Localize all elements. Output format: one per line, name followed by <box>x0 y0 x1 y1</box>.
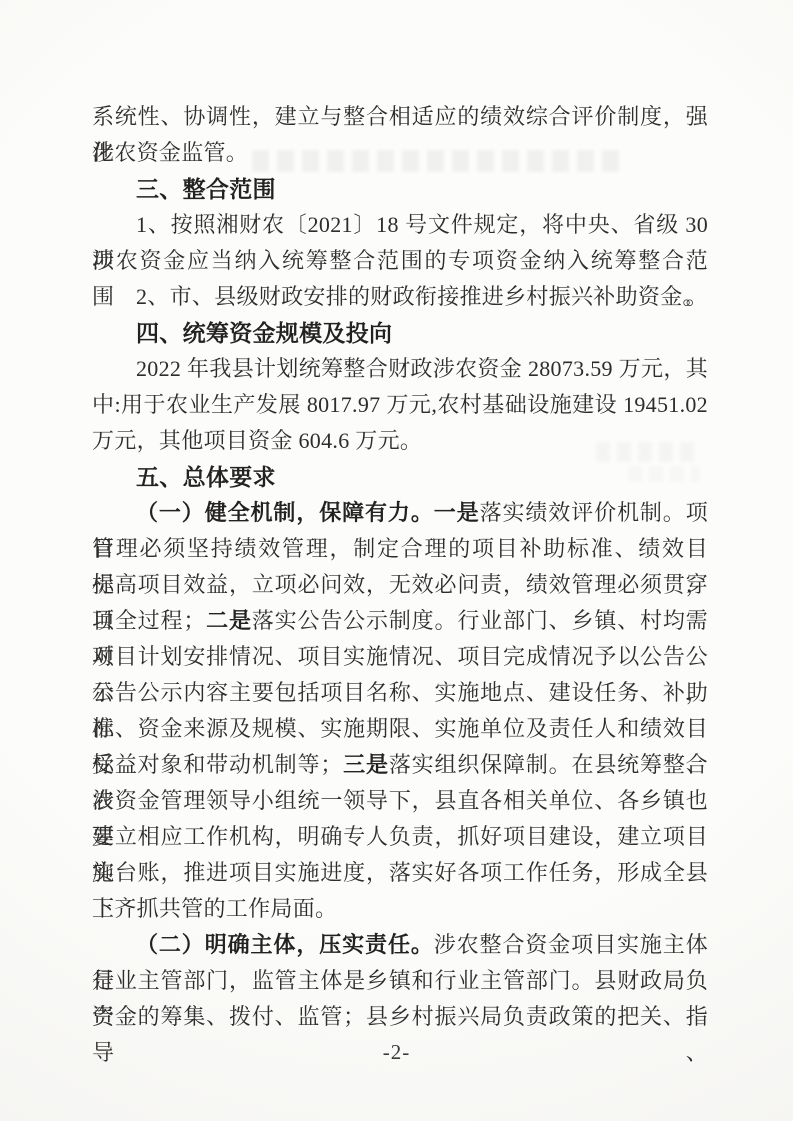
document-line: 系统性、协调性，建立与整合相适应的绩效综合评价制度，强化 <box>92 99 708 135</box>
body-text: 2022 年我县计划统筹整合财政涉农资金 28073.59 万元，其 <box>136 356 708 381</box>
scanned-document-page: 系统性、协调性，建立与整合相适应的绩效综合评价制度，强化涉农资金监管。三、整合范… <box>0 0 793 1121</box>
emphasized-text: 四、统筹资金规模及投向 <box>136 320 392 346</box>
emphasized-text: 五、总体要求 <box>136 464 276 490</box>
body-text: 下齐抓共管的工作局面。 <box>92 896 337 921</box>
emphasized-text: 二是 <box>206 608 252 633</box>
document-line: （一）健全机制，保障有力。一是落实绩效评价机制。项目 <box>92 495 708 531</box>
emphasized-text: 三是 <box>343 752 389 777</box>
page-number: -2- <box>0 1038 793 1066</box>
emphasized-text: （二）明确主体，压实责任。 <box>136 932 434 957</box>
body-text: 2、市、县级财政安排的财政衔接推进乡村振兴补助资金。 <box>136 284 705 309</box>
document-line: 1、按照湘财农〔2021〕18 号文件规定，将中央、省级 30 项 <box>92 207 708 243</box>
section-heading: 三、整合范围 <box>92 171 708 207</box>
body-text: 涉农资金监管。 <box>92 140 248 165</box>
body-text: 受益对象和带动机制等； <box>92 752 343 777</box>
document-line: 提高项目效益，立项必问效，无效必问责，绩效管理必须贯穿项 <box>92 567 708 603</box>
emphasized-text: 一是 <box>434 500 480 525</box>
document-line: 2、市、县级财政安排的财政衔接推进乡村振兴补助资金。 <box>92 279 708 315</box>
body-text: 目全过程； <box>92 608 206 633</box>
document-line: 受益对象和带动机制等；三是落实组织保障制。在县统筹整合涉 <box>92 747 708 783</box>
document-line: 施台账，推进项目实施进度，落实好各项工作任务，形成全县上 <box>92 855 708 891</box>
document-line: 2022 年我县计划统筹整合财政涉农资金 28073.59 万元，其 <box>92 351 708 387</box>
emphasized-text: 三、整合范围 <box>136 176 276 202</box>
document-line: 万元，其他项目资金 604.6 万元。 <box>92 423 708 459</box>
document-line: 涉农资金监管。 <box>92 135 708 171</box>
body-text: 中:用于农业生产发展 8017.97 万元,农村基础设施建设 19451.02 <box>92 392 708 417</box>
document-line: 下齐抓共管的工作局面。 <box>92 891 708 927</box>
section-heading: 五、总体要求 <box>92 459 708 495</box>
document-body: 系统性、协调性，建立与整合相适应的绩效综合评价制度，强化涉农资金监管。三、整合范… <box>92 99 708 1035</box>
document-line: 行业主管部门，监管主体是乡镇和行业主管部门。县财政局负责 <box>92 963 708 999</box>
document-line: 目全过程；二是落实公告公示制度。行业部门、乡镇、村均需对 <box>92 603 708 639</box>
document-line: 资金的筹集、拨付、监管；县乡村振兴局负责政策的把关、指导、 <box>92 999 708 1035</box>
document-line: 农资金管理领导小组统一领导下，县直各相关单位、各乡镇也要 <box>92 783 708 819</box>
document-line: 管理必须坚持绩效管理，制定合理的项目补助标准、绩效目标， <box>92 531 708 567</box>
document-line: 中:用于农业生产发展 8017.97 万元,农村基础设施建设 19451.02 <box>92 387 708 423</box>
section-heading: 四、统筹资金规模及投向 <box>92 315 708 351</box>
document-line: 准、资金来源及规模、实施期限、实施单位及责任人和绩效目标、 <box>92 711 708 747</box>
document-line: 涉农资金应当纳入统筹整合范围的专项资金纳入统筹整合范围。 <box>92 243 708 279</box>
document-line: 建立相应工作机构，明确专人负责，抓好项目建设，建立项目实 <box>92 819 708 855</box>
document-line: 公告公示内容主要包括项目名称、实施地点、建设任务、补助标 <box>92 675 708 711</box>
document-line: 项目计划安排情况、项目实施情况、项目完成情况予以公告公示， <box>92 639 708 675</box>
document-line: （二）明确主体，压实责任。涉农整合资金项目实施主体是 <box>92 927 708 963</box>
body-text: 万元，其他项目资金 604.6 万元。 <box>92 428 422 453</box>
emphasized-text: （一）健全机制，保障有力。 <box>136 500 434 525</box>
